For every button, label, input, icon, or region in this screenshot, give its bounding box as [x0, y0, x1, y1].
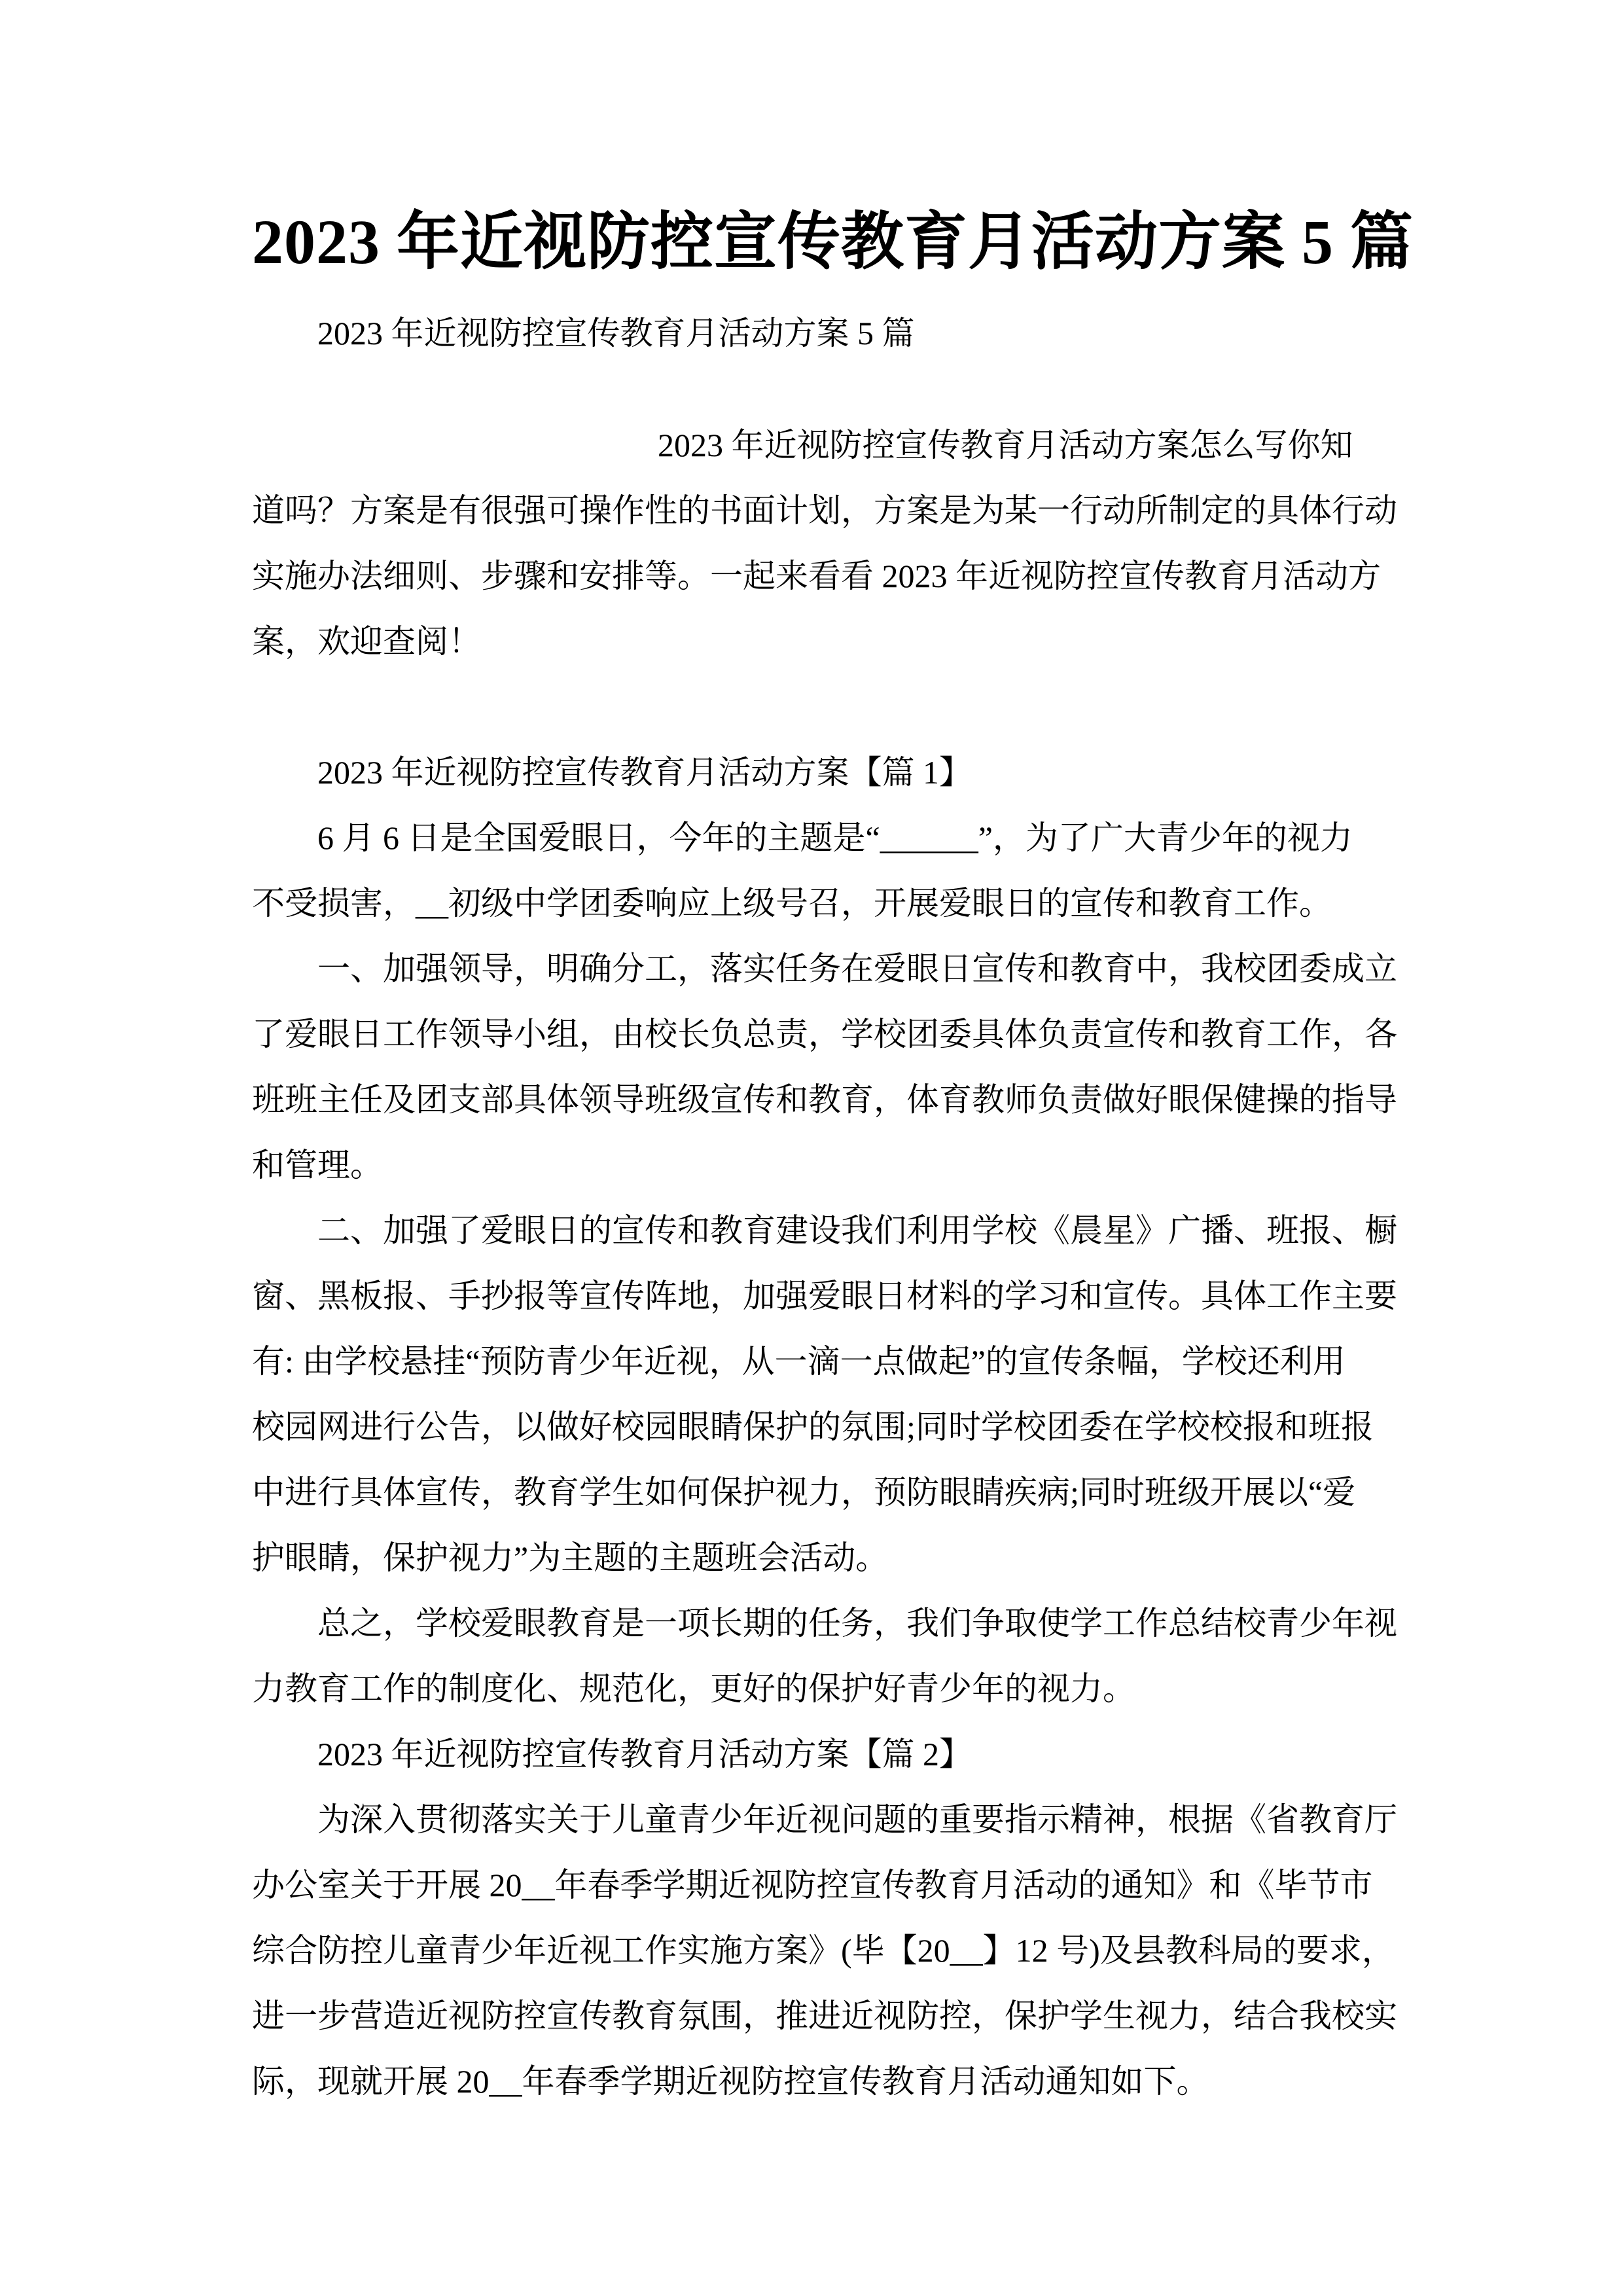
body-line: 实施办法细则、步骤和安排等。一起来看看 2023 年近视防控宣传教育月活动方	[252, 543, 1623, 609]
body-line: 护眼睛，保护视力”为主题的主题班会活动。	[252, 1525, 1623, 1590]
body-line: 力教育工作的制度化、规范化，更好的保护好青少年的视力。	[252, 1656, 1623, 1721]
body-line: 际，现就开展 20__年春季学期近视防控宣传教育月活动通知如下。	[252, 2049, 1623, 2114]
body-line: 校园网进行公告，以做好校园眼睛保护的氛围;同时学校团委在学校校报和班报	[252, 1394, 1623, 1460]
body-line: 案，欢迎查阅！	[252, 609, 1623, 674]
blank-line	[252, 674, 1623, 740]
body-line: 道吗？方案是有很强可操作性的书面计划，方案是为某一行动所制定的具体行动	[252, 478, 1623, 543]
body-line: 综合防控儿童青少年近视工作实施方案》(毕【20__】12 号)及县教科局的要求，	[252, 1918, 1623, 1983]
body-line: 了爱眼日工作领导小组，由校长负总责，学校团委具体负责宣传和教育工作，各	[252, 1001, 1623, 1067]
body-line: 和管理。	[252, 1132, 1623, 1198]
body-line: 班班主任及团支部具体领导班级宣传和教育，体育教师负责做好眼保健操的指导	[252, 1067, 1623, 1132]
body-line: 2023 年近视防控宣传教育月活动方案怎么写你知	[252, 412, 1623, 478]
body-line: 一、加强领导，明确分工，落实任务在爱眼日宣传和教育中，我校团委成立	[252, 936, 1623, 1001]
section-heading-line: 2023 年近视防控宣传教育月活动方案【篇 1】	[252, 740, 1623, 805]
body-line: 有: 由学校悬挂“预防青少年近视，从一滴一点做起”的宣传条幅，学校还利用	[252, 1329, 1623, 1394]
document-page: 2023 年近视防控宣传教育月活动方案 5 篇 2023 年近视防控宣传教育月活…	[0, 0, 1623, 2296]
body-line: 窗、黑板报、手抄报等宣传阵地，加强爱眼日材料的学习和宣传。具体工作主要	[252, 1263, 1623, 1329]
section-heading-line: 2023 年近视防控宣传教育月活动方案【篇 2】	[252, 1721, 1623, 1787]
body-line: 进一步营造近视防控宣传教育氛围，推进近视防控，保护学生视力，结合我校实	[252, 1983, 1623, 2049]
body-line: 为深入贯彻落实关于儿童青少年近视问题的重要指示精神，根据《省教育厅	[252, 1787, 1623, 1852]
document-subtitle-row: 2023 年近视防控宣传教育月活动方案 5 篇	[252, 300, 1623, 366]
body-line: 不受损害，__初级中学团委响应上级号召，开展爱眼日的宣传和教育工作。	[252, 870, 1623, 936]
document-subtitle: 2023 年近视防控宣传教育月活动方案 5 篇	[252, 300, 1623, 366]
document-body: 2023 年近视防控宣传教育月活动方案怎么写你知道吗？方案是有很强可操作性的书面…	[252, 412, 1623, 2114]
body-line: 二、加强了爱眼日的宣传和教育建设我们利用学校《晨星》广播、班报、橱	[252, 1198, 1623, 1263]
body-line: 中进行具体宣传，教育学生如何保护视力，预防眼睛疾病;同时班级开展以“爱	[252, 1460, 1623, 1525]
body-line: 6 月 6 日是全国爱眼日，今年的主题是“______”，为了广大青少年的视力	[252, 805, 1623, 870]
body-line: 总之，学校爱眼教育是一项长期的任务，我们争取使学工作总结校青少年视	[252, 1590, 1623, 1656]
body-line: 办公室关于开展 20__年春季学期近视防控宣传教育月活动的通知》和《毕节市	[252, 1852, 1623, 1918]
document-title: 2023 年近视防控宣传教育月活动方案 5 篇	[252, 209, 1397, 275]
